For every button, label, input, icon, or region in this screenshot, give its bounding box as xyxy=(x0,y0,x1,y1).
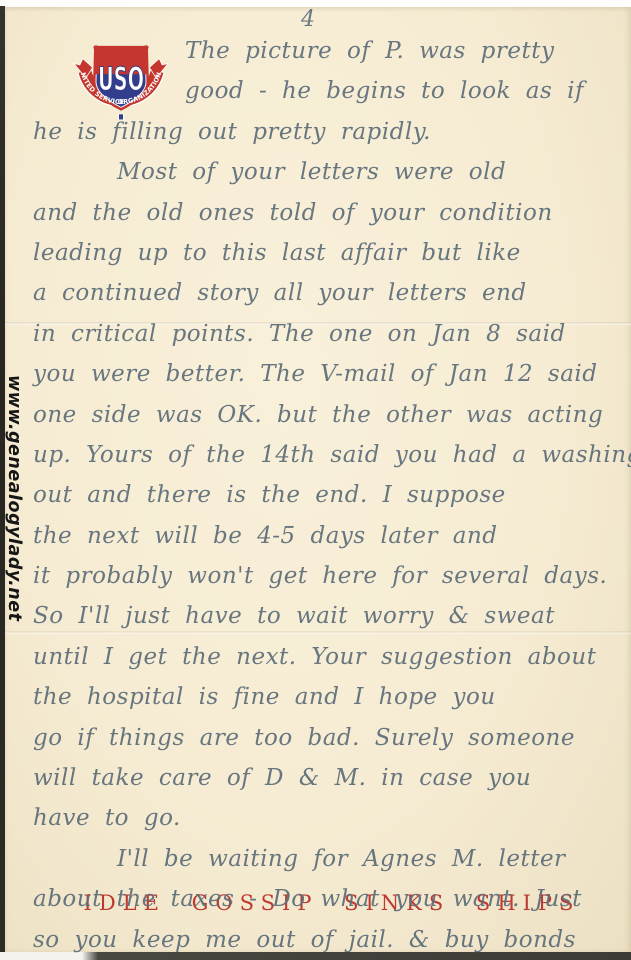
letter-line: Most of your letters were old xyxy=(117,152,621,192)
letter-line: until I get the next. Your suggestion ab… xyxy=(33,637,621,677)
letter-line: one side was OK. but the other was actin… xyxy=(33,395,621,435)
page-number: 4 xyxy=(301,7,315,32)
letter-body: The picture of P. was prettygood - he be… xyxy=(33,31,621,960)
letter-line: I'll be waiting for Agnes M. letter xyxy=(117,839,621,879)
letter-line: it probably won't get here for several d… xyxy=(33,556,621,596)
letter-line: in critical points. The one on Jan 8 sai… xyxy=(33,314,621,354)
letter-line: So I'll just have to wait worry & sweat xyxy=(33,596,621,636)
letter-line: up. Yours of the 14th said you had a was… xyxy=(33,435,621,475)
letter-line: so you keep me out of jail. & buy bonds xyxy=(33,920,621,960)
letter-line: good - he begins to look as if xyxy=(185,71,621,111)
letter-line: you were better. The V-mail of Jan 12 sa… xyxy=(33,354,621,394)
letter-line: and the old ones told of your condition xyxy=(33,193,621,233)
letter-line: the hospital is fine and I hope you xyxy=(33,677,621,717)
letter-line: go if things are too bad. Surely someone xyxy=(33,718,621,758)
letter-line: The picture of P. was pretty xyxy=(185,31,621,71)
letter-line: out and there is the end. I suppose xyxy=(33,475,621,515)
letter-line: leading up to this last affair but like xyxy=(33,233,621,273)
letter-paper: USO UNITED SERVICE ORGANIZATIONS 4 The p… xyxy=(5,7,631,952)
letter-line: will take care of D & M. in case you xyxy=(33,758,621,798)
watermark: www.genealogylady.net xyxy=(4,375,24,622)
letter-line: have to go. xyxy=(33,798,621,838)
letter-line: about the taxes - Do what you want. Just xyxy=(33,879,621,919)
scanned-letter: USO UNITED SERVICE ORGANIZATIONS 4 The p… xyxy=(0,0,631,960)
letter-line: he is filling out pretty rapidly. xyxy=(33,112,621,152)
letter-line: a continued story all your letters end xyxy=(33,273,621,313)
letter-line: the next will be 4-5 days later and xyxy=(33,516,621,556)
